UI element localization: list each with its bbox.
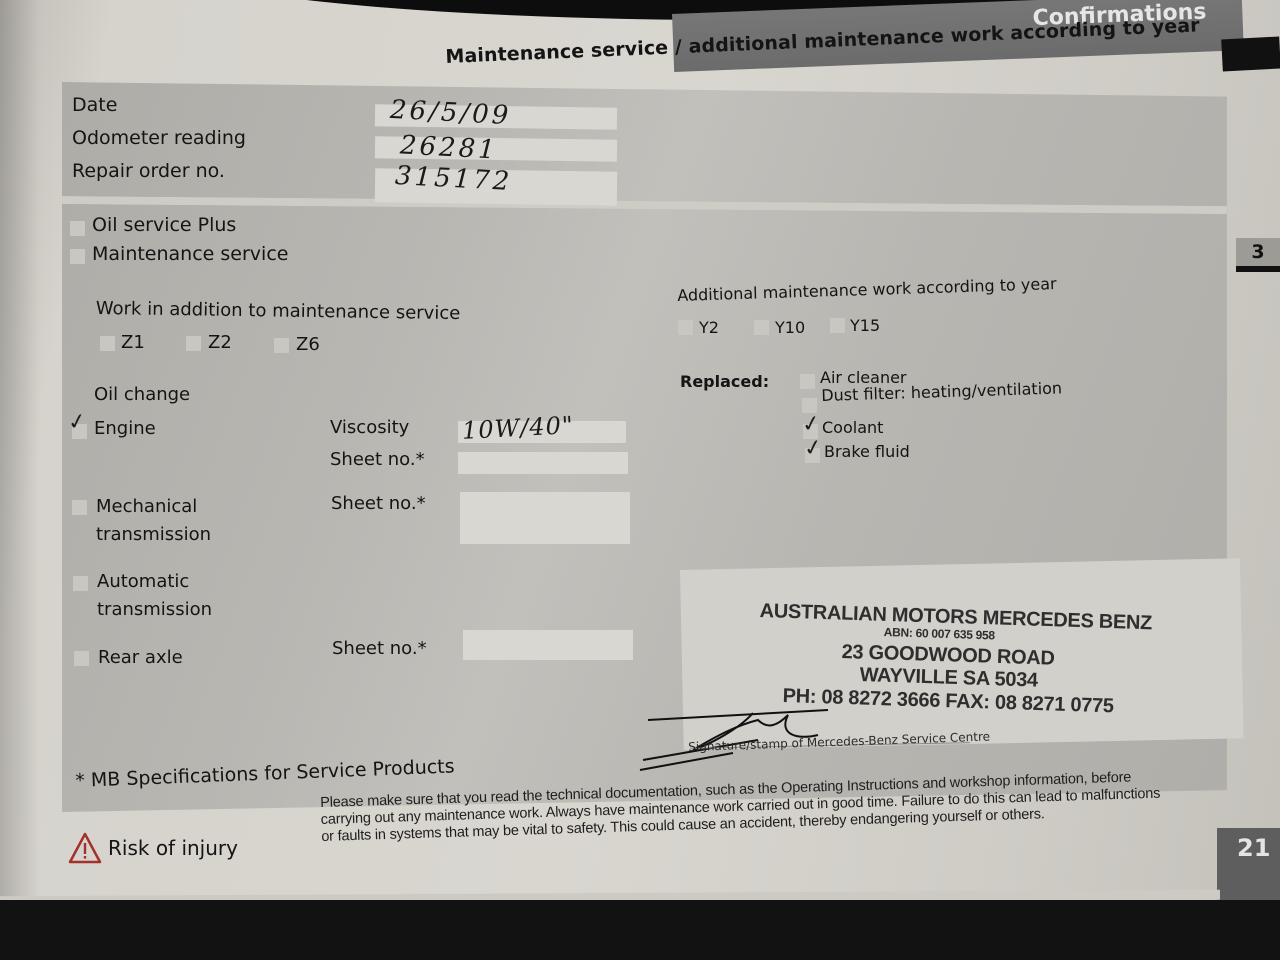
oil-service-plus-label: Oil service Plus (92, 214, 236, 236)
oil-change-heading: Oil change (94, 384, 190, 405)
brake-fluid-label: Brake fluid (824, 442, 910, 461)
mechanical-transmission-label-2: transmission (96, 524, 211, 545)
engine-sheet-label: Sheet no.* (330, 449, 425, 470)
engine-label: Engine (94, 418, 156, 439)
z2-label: Z2 (208, 332, 232, 353)
date-label: Date (72, 94, 117, 116)
odometer-label: Odometer reading (72, 127, 246, 149)
mechanical-sheet-label: Sheet no.* (331, 493, 426, 514)
mechanical-sheet-field[interactable] (460, 492, 630, 544)
mechanical-transmission-checkbox[interactable] (72, 500, 87, 515)
z6-checkbox[interactable] (274, 338, 289, 353)
rear-axle-sheet-label: Sheet no.* (332, 638, 427, 659)
maintenance-service-checkbox[interactable] (70, 249, 85, 264)
mechanical-transmission-label-1: Mechanical (96, 496, 197, 517)
z1-label: Z1 (121, 332, 145, 353)
z1-checkbox[interactable] (100, 336, 115, 351)
date-value: 26/5/09 (389, 95, 512, 131)
rear-axle-sheet-field[interactable] (463, 630, 633, 660)
risk-of-injury: Risk of injury (68, 832, 238, 864)
chapter-tab-3: 3 (1236, 238, 1280, 272)
odometer-value: 26281 (399, 130, 498, 165)
z2-checkbox[interactable] (186, 336, 201, 351)
coolant-label: Coolant (822, 418, 883, 437)
chapter-edge-marker (1221, 37, 1280, 72)
rear-axle-checkbox[interactable] (74, 651, 89, 666)
y10-checkbox[interactable] (754, 320, 769, 335)
repair-order-value: 315172 (394, 161, 513, 197)
background-surface (0, 900, 1280, 960)
z6-label: Z6 (296, 334, 320, 355)
page-gutter-shadow (0, 0, 40, 915)
oil-service-plus-checkbox[interactable] (70, 221, 85, 236)
maintenance-service-label: Maintenance service (92, 243, 288, 265)
automatic-transmission-label-1: Automatic (97, 571, 189, 592)
manual-page: Confirmations Maintenance service / addi… (0, 0, 1280, 915)
viscosity-value: 10W/40" (461, 411, 574, 445)
page-number: 21 (1217, 828, 1280, 904)
warning-triangle-icon (68, 832, 102, 864)
engine-sheet-field[interactable] (458, 452, 628, 474)
y15-label: Y15 (850, 316, 880, 335)
viscosity-label: Viscosity (330, 417, 409, 438)
y2-label: Y2 (699, 318, 719, 337)
repair-order-label: Repair order no. (72, 160, 225, 182)
y10-label: Y10 (775, 318, 805, 337)
automatic-transmission-checkbox[interactable] (73, 576, 88, 591)
air-cleaner-checkbox[interactable] (800, 374, 815, 389)
replaced-label: Replaced: (680, 372, 769, 391)
rear-axle-label: Rear axle (98, 647, 183, 668)
y2-checkbox[interactable] (678, 320, 693, 335)
risk-of-injury-title: Risk of injury (108, 836, 238, 860)
y15-checkbox[interactable] (830, 318, 845, 333)
automatic-transmission-label-2: transmission (97, 599, 212, 620)
